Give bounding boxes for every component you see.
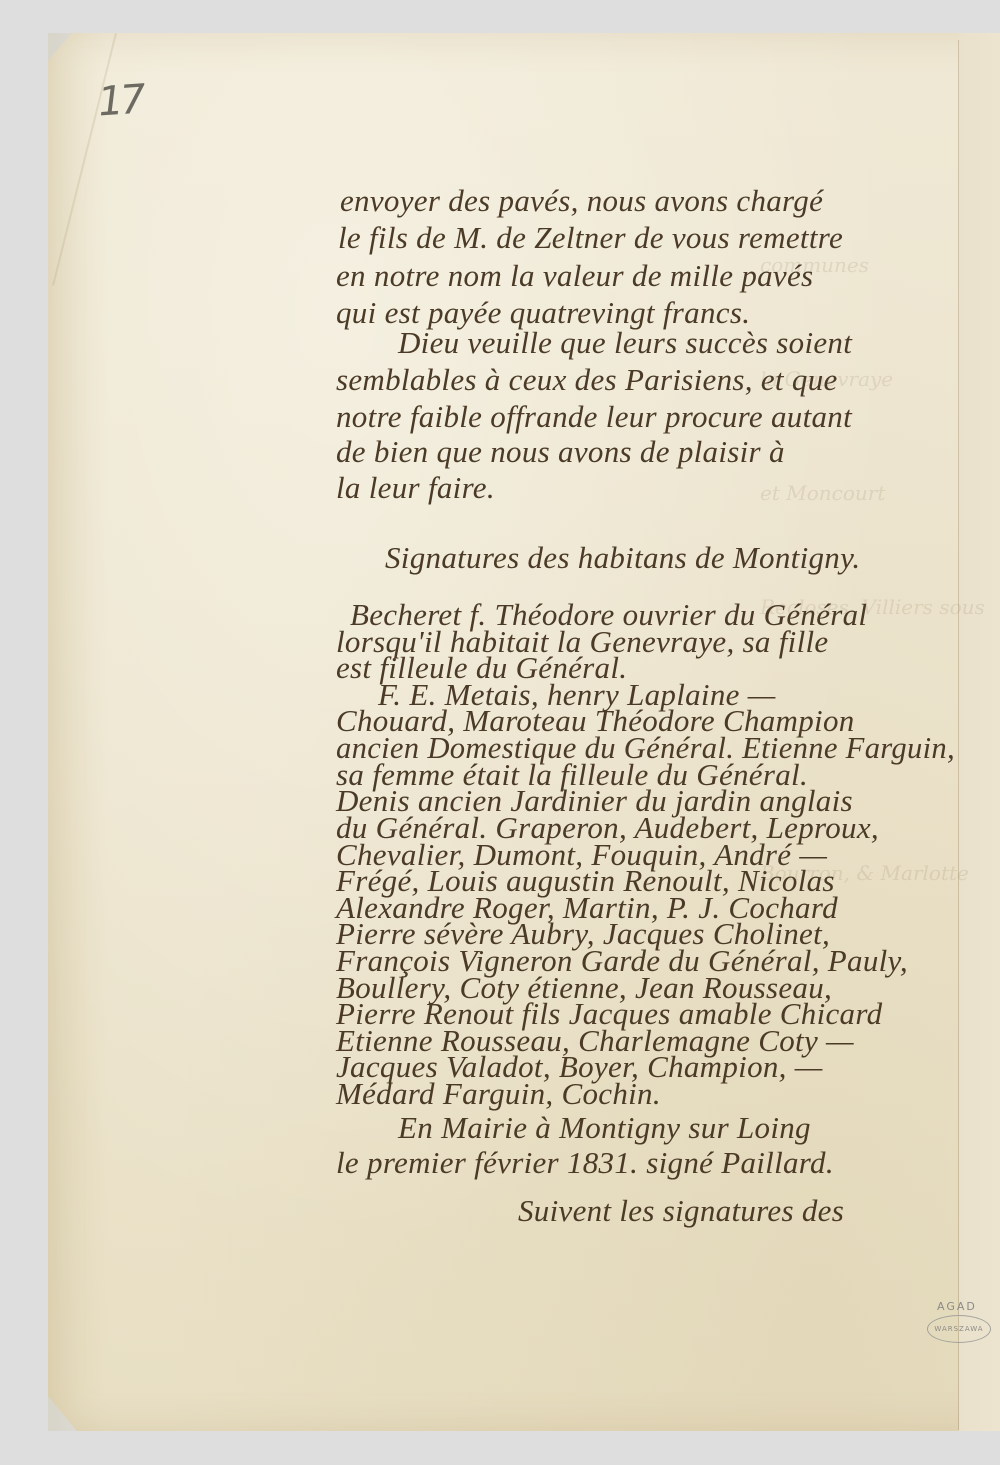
paper-fold-shadow xyxy=(48,33,108,1431)
text-line: envoyer des pavés, nous avons chargé xyxy=(340,183,823,219)
text-line: Signatures des habitans de Montigny. xyxy=(385,540,860,576)
adjacent-page-edge xyxy=(959,33,1000,1431)
text-line: En Mairie à Montigny sur Loing xyxy=(398,1110,811,1146)
text-line: le fils de M. de Zeltner de vous remettr… xyxy=(338,220,843,256)
text-line: Médard Farguin, Cochin. xyxy=(336,1076,661,1112)
stamp-label: AGAD xyxy=(937,1300,977,1313)
text-line: notre faible offrande leur procure autan… xyxy=(336,399,852,435)
stamp-oval: WARSZAWA xyxy=(927,1315,991,1343)
text-line: Suivent les signatures des xyxy=(518,1193,844,1229)
folio-number: 17 xyxy=(96,76,144,125)
text-line: semblables à ceux des Parisiens, et que xyxy=(336,362,838,398)
page-edge-line xyxy=(958,40,959,1430)
text-line: en notre nom la valeur de mille pavés xyxy=(336,258,813,294)
text-line: le premier février 1831. signé Paillard. xyxy=(336,1145,834,1181)
text-line: Dieu veuille que leurs succès soient xyxy=(398,325,852,361)
text-line: de bien que nous avons de plaisir à xyxy=(336,434,785,470)
archive-stamp: AGAD WARSZAWA xyxy=(925,1300,995,1350)
text-line: la leur faire. xyxy=(336,470,495,506)
